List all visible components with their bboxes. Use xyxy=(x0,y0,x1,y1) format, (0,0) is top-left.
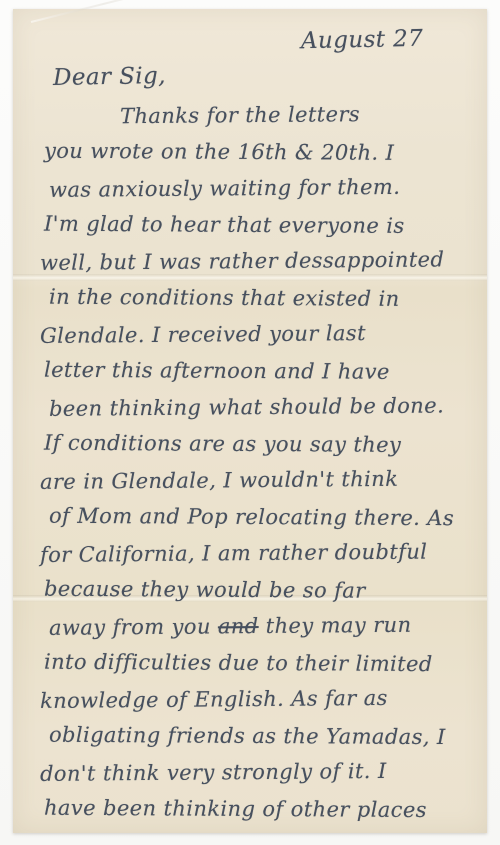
letter-line: I'm glad to hear that everyone is xyxy=(44,205,482,244)
letter-line: of Mom and Pop relocating there. As xyxy=(49,497,482,536)
letter-line-text: away from you xyxy=(49,614,218,639)
letter-line: because they would be so far xyxy=(44,570,482,609)
letter-line: knowledge of English. As far as xyxy=(40,679,482,719)
letter-body: Thanks for the letters you wrote on the … xyxy=(40,97,482,827)
letter-line: you wrote on the 16th & 20th. I xyxy=(44,132,482,171)
letter-line: are in Glendale, I wouldn't think xyxy=(40,460,482,500)
letter-date: August 27 xyxy=(301,26,424,55)
letter-salutation: Dear Sig, xyxy=(53,63,166,91)
letter-line: been thinking what should be done. xyxy=(49,387,482,427)
corner-crease xyxy=(31,0,177,23)
letter-line: don't think very strongly of it. I xyxy=(40,752,482,792)
scanned-letter: August 27 Dear Sig, Thanks for the lette… xyxy=(0,0,500,845)
letter-line: into difficulties due to their limited xyxy=(44,643,482,682)
letter-line: was anxiously waiting for them. xyxy=(49,168,482,208)
letter-line: in the conditions that existed in xyxy=(49,278,482,317)
letter-paper: August 27 Dear Sig, Thanks for the lette… xyxy=(13,9,487,833)
letter-line: for California, I am rather doubtful xyxy=(40,533,482,573)
letter-line: Glendale. I received your last xyxy=(40,314,482,354)
letter-line: obligating friends as the Yamadas, I xyxy=(49,716,482,755)
letter-line: letter this afternoon and I have xyxy=(44,351,482,390)
letter-line: Thanks for the letters xyxy=(40,95,482,135)
letter-line: well, but I was rather dessappointed xyxy=(40,241,482,281)
strikethrough-word: and xyxy=(218,614,259,638)
letter-line-text: they may run xyxy=(259,613,412,638)
letter-line: If conditions are as you say they xyxy=(44,424,482,463)
letter-line-with-strikethrough: away from you and they may run xyxy=(49,606,482,646)
letter-line: have been thinking of other places xyxy=(44,789,482,828)
